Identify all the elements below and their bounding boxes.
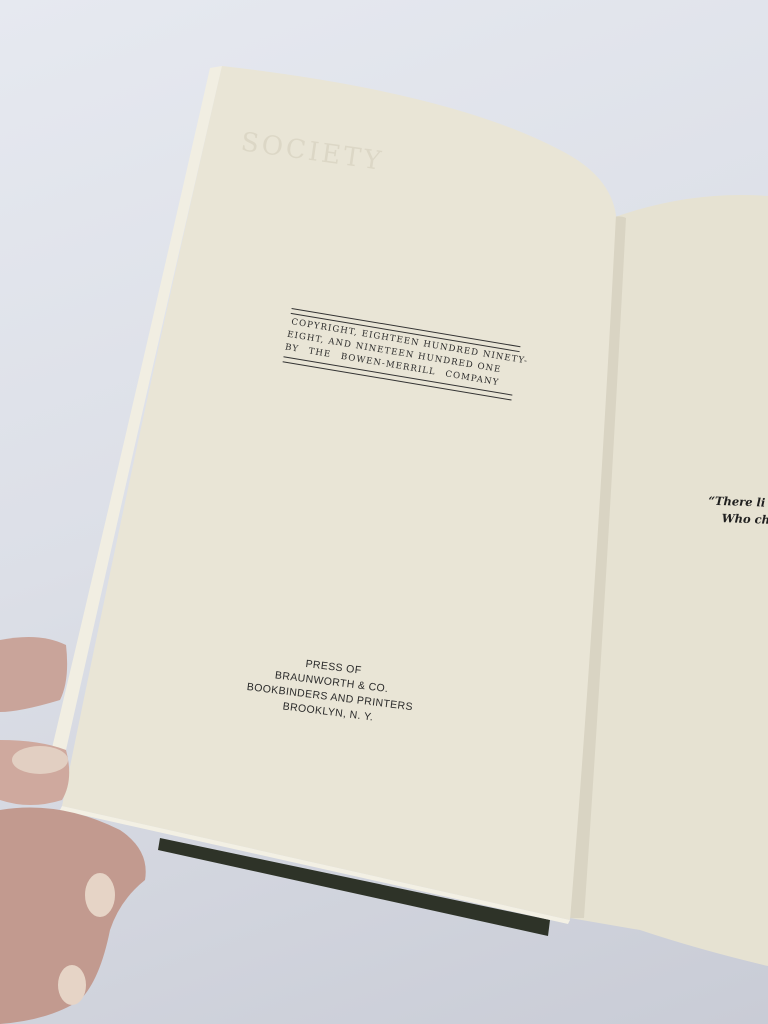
fingernail — [85, 873, 115, 917]
epigraph-quote: “There li Who ch — [707, 493, 768, 530]
quote-line-1: “There li — [708, 493, 768, 513]
fingernail — [58, 965, 86, 1005]
book-illustration: SOCIETY — [0, 0, 768, 1024]
photo-scene: SOCIETY COPYRIGHT, EIGHTEEN HUNDRED NINE… — [0, 0, 768, 1024]
quote-line-2: Who ch — [707, 510, 768, 530]
hand — [0, 637, 67, 712]
left-page — [62, 66, 616, 920]
thumbnail — [12, 746, 68, 774]
